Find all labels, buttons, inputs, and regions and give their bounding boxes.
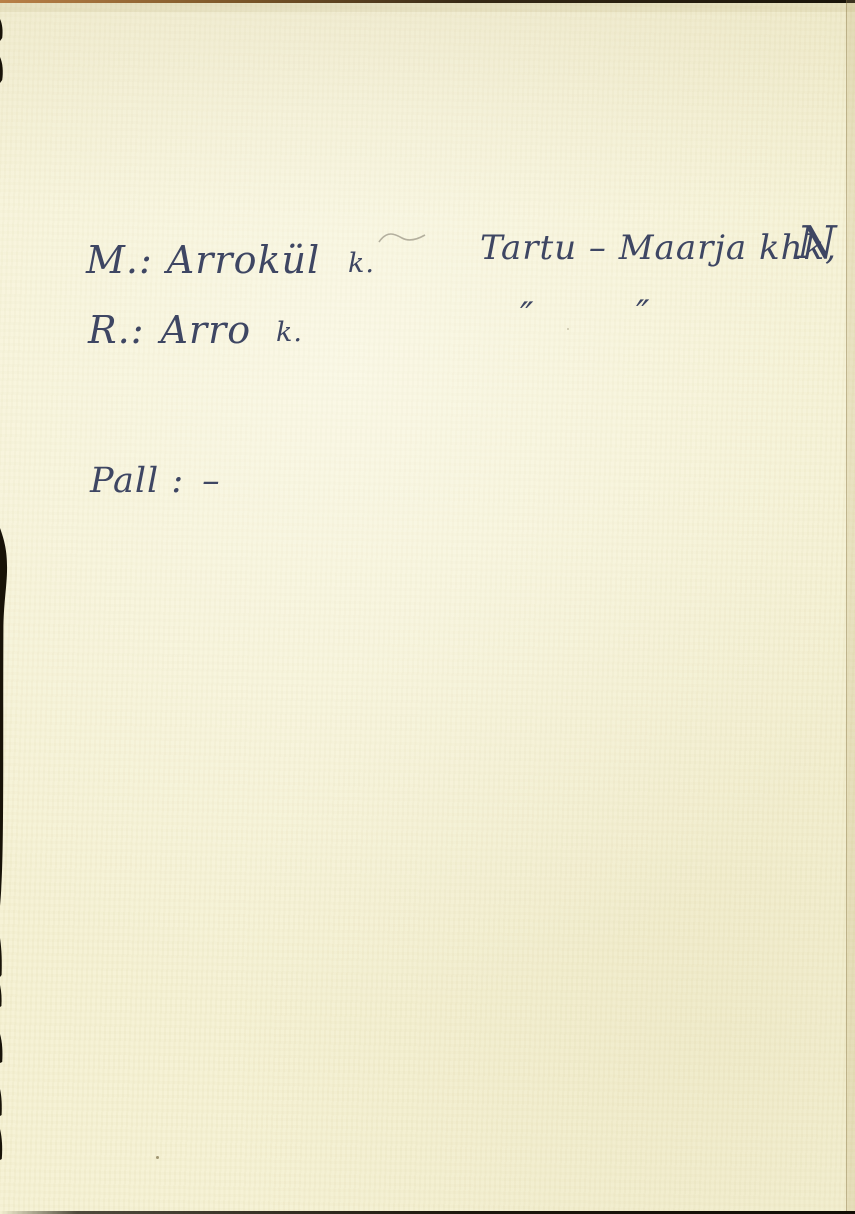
paper-speck [156, 1156, 159, 1159]
line2-name: Arro [161, 311, 252, 349]
paper-speck [567, 328, 569, 330]
line1-label: M.: [86, 241, 153, 279]
scan-top-shade [0, 3, 855, 12]
faint-pencil-mark [375, 226, 435, 250]
line3-label: Pall : [90, 464, 184, 499]
ditto-mark: ″ [636, 297, 650, 333]
line1-name: Arrokül [167, 241, 320, 279]
line3-pall-entry: Pall : – [90, 464, 221, 499]
line2-type-abbrev: k. [276, 319, 303, 346]
left-edge-damage [0, 0, 12, 1214]
card-right-fold-edge [846, 0, 855, 1214]
scanned-index-card: M.: Arrokül k. Tartu – Maarja khk, N R.:… [0, 0, 855, 1214]
line2-variant-name: R.: Arro [88, 311, 251, 349]
line1-parish: Tartu – Maarja khk, [480, 231, 837, 265]
line1-note: N [797, 220, 837, 265]
line1-main-name: M.: Arrokül [86, 241, 320, 279]
line3-value: – [202, 464, 221, 499]
ditto-mark: ″ [520, 299, 534, 335]
line2-label: R.: [88, 311, 145, 349]
line1-type-abbrev: k. [348, 250, 375, 277]
